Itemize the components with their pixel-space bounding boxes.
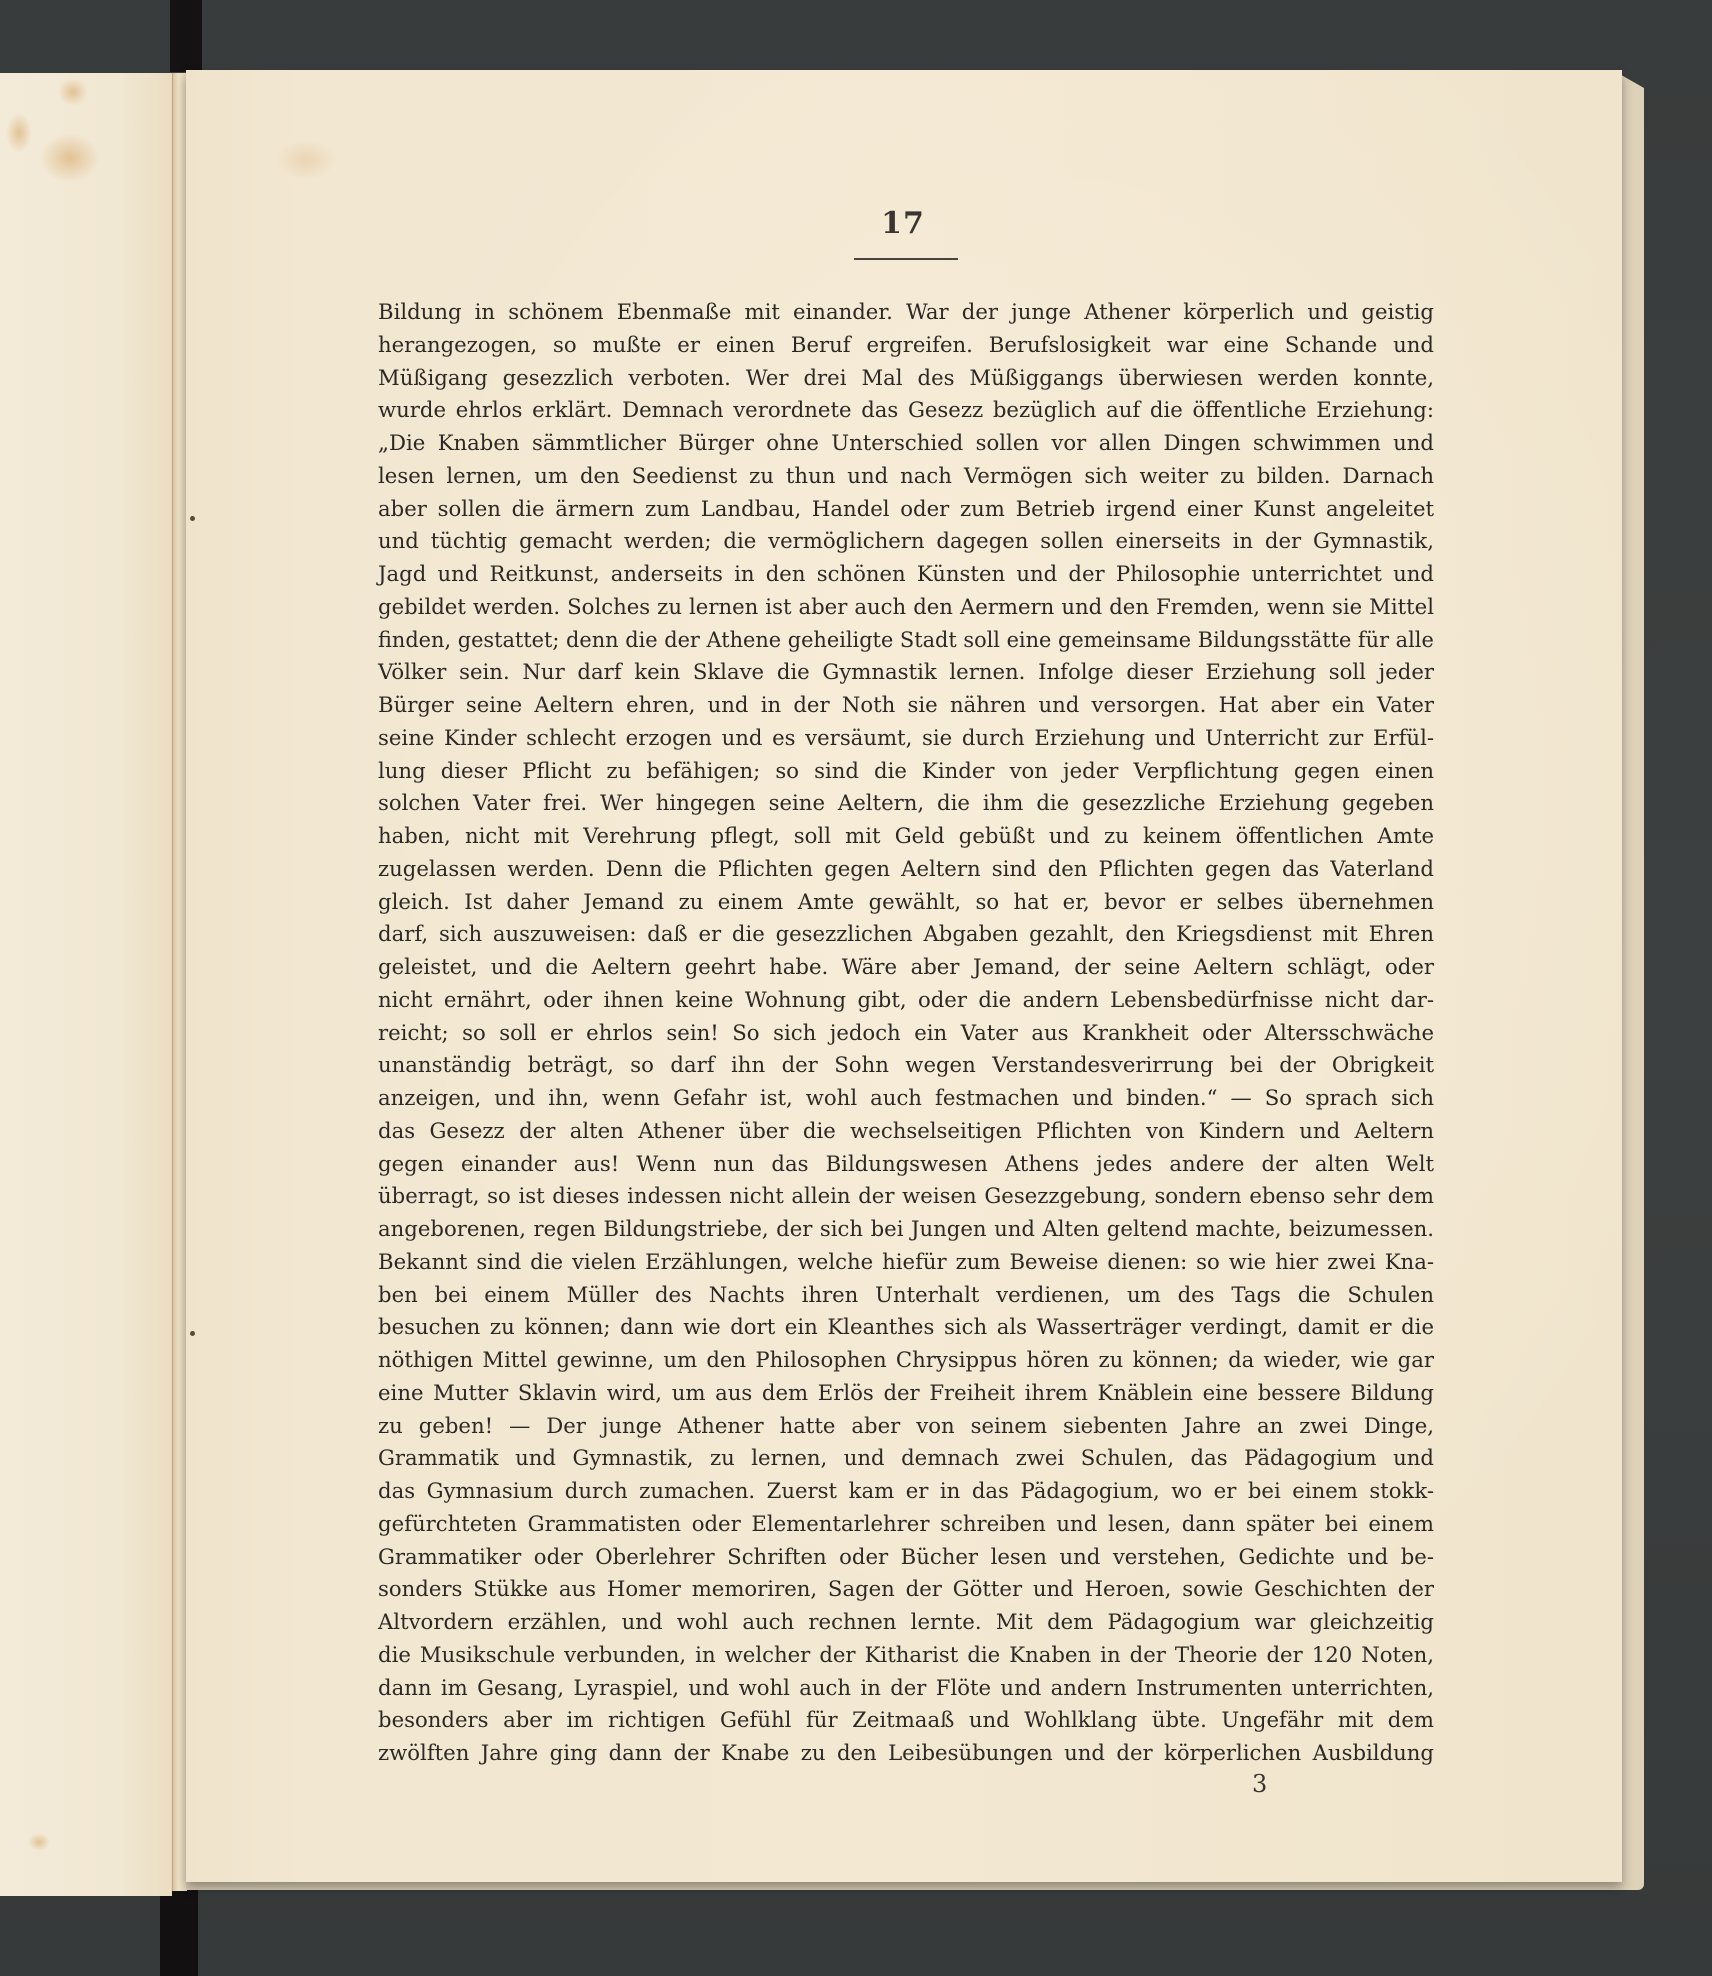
- text-line: angeborenen, regen Bildungstriebe, der s…: [378, 1213, 1434, 1246]
- text-line: zu geben! — Der junge Athener hatte aber…: [378, 1410, 1434, 1443]
- text-line: besonders aber im richtigen Gefühl für Z…: [378, 1704, 1434, 1737]
- text-line: lesen lernen, um den Seedienst zu thun u…: [378, 460, 1434, 493]
- foxing-stain: [276, 140, 336, 180]
- text-line: reicht; so soll er ehrlos sein! So sich …: [378, 1017, 1434, 1050]
- text-line: Völker sein. Nur darf kein Sklave die Gy…: [378, 656, 1434, 689]
- text-line: Grammatiker oder Oberlehrer Schriften od…: [378, 1541, 1434, 1574]
- text-line: dann im Gesang, Lyraspiel, und wohl auch…: [378, 1672, 1434, 1705]
- book-spine-top: [170, 0, 202, 72]
- text-line: zwölften Jahre ging dann der Knabe zu de…: [378, 1737, 1434, 1770]
- text-line: eine Mutter Sklavin wird, um aus dem Erl…: [378, 1377, 1434, 1410]
- text-line: Bekannt sind die vielen Erzählungen, wel…: [378, 1246, 1434, 1279]
- text-line: Grammatik und Gymnastik, zu lernen, und …: [378, 1442, 1434, 1475]
- text-line: zugelassen werden. Denn die Pflichten ge…: [378, 853, 1434, 886]
- text-line: gefürchteten Grammatisten oder Elementar…: [378, 1508, 1434, 1541]
- body-text: Bildung in schönem Ebenmaße mit einander…: [378, 296, 1434, 1770]
- text-line: seine Kinder schlecht erzogen und es ver…: [378, 722, 1434, 755]
- text-line: darf, sich auszuweisen: daß er die gesez…: [378, 918, 1434, 951]
- text-line: und tüchtig gemacht werden; die vermögli…: [378, 525, 1434, 558]
- foxing-stain: [6, 113, 32, 153]
- text-line: gebildet werden. Solches zu lernen ist a…: [378, 591, 1434, 624]
- paper-speck: [190, 516, 195, 521]
- text-line: gegen einander aus! Wenn nun das Bildung…: [378, 1148, 1434, 1181]
- page-number: 17: [186, 206, 1622, 241]
- text-line: lung dieser Pflicht zu befähigen; so sin…: [378, 755, 1434, 788]
- text-line: die Musikschule verbunden, in welcher de…: [378, 1639, 1434, 1672]
- right-page: 17 Bildung in schönem Ebenmaße mit einan…: [186, 70, 1622, 1882]
- header-rule: [854, 258, 958, 260]
- text-line: nöthigen Mittel gewinne, um den Philosop…: [378, 1344, 1434, 1377]
- text-line: Altvordern erzählen, und wohl auch rechn…: [378, 1606, 1434, 1639]
- text-line: überragt, so ist dieses indessen nicht a…: [378, 1180, 1434, 1213]
- scan-scene: 17 Bildung in schönem Ebenmaße mit einan…: [0, 0, 1712, 1976]
- text-line: das Gesezz der alten Athener über die we…: [378, 1115, 1434, 1148]
- text-line: herangezogen, so mußte er einen Beruf er…: [378, 329, 1434, 362]
- text-line: gleich. Ist daher Jemand zu einem Amte g…: [378, 886, 1434, 919]
- text-line: solchen Vater frei. Wer hingegen seine A…: [378, 787, 1434, 820]
- foxing-stain: [28, 1833, 50, 1851]
- text-line: haben, nicht mit Verehrung pflegt, soll …: [378, 820, 1434, 853]
- text-line: Bildung in schönem Ebenmaße mit einander…: [378, 296, 1434, 329]
- book-gutter: [172, 73, 187, 1891]
- book-spine-bottom: [160, 1885, 198, 1976]
- text-line: sonders Stükke aus Homer memoriren, Sage…: [378, 1573, 1434, 1606]
- text-line: aber sollen die ärmern zum Landbau, Hand…: [378, 493, 1434, 526]
- page-number-text: 17: [881, 206, 925, 241]
- text-line: anzeigen, und ihn, wenn Gefahr ist, wohl…: [378, 1082, 1434, 1115]
- left-page-fragment: [0, 73, 172, 1896]
- signature-mark: 3: [1252, 1770, 1267, 1798]
- text-line: das Gymnasium durch zumachen. Zuerst kam…: [378, 1475, 1434, 1508]
- text-line: Jagd und Reitkunst, anderseits in den sc…: [378, 558, 1434, 591]
- text-line: wurde ehrlos erklärt. Demnach verordnete…: [378, 394, 1434, 427]
- text-line: besuchen zu können; dann wie dort ein Kl…: [378, 1311, 1434, 1344]
- text-line: unanständig beträgt, so darf ihn der Soh…: [378, 1049, 1434, 1082]
- text-line: Bürger seine Aeltern ehren, und in der N…: [378, 689, 1434, 722]
- text-line: „Die Knaben sämmtlicher Bürger ohne Unte…: [378, 427, 1434, 460]
- foxing-stain: [40, 133, 100, 183]
- text-line: geleistet, und die Aeltern geehrt habe. …: [378, 951, 1434, 984]
- text-line: ben bei einem Müller des Nachts ihren Un…: [378, 1279, 1434, 1312]
- paper-speck: [190, 1331, 195, 1336]
- text-line: finden, gestattet; denn die der Athene g…: [378, 624, 1434, 657]
- text-line: Müßigang gesezzlich verboten. Wer drei M…: [378, 362, 1434, 395]
- foxing-stain: [58, 78, 88, 106]
- text-line: nicht ernährt, oder ihnen keine Wohnung …: [378, 984, 1434, 1017]
